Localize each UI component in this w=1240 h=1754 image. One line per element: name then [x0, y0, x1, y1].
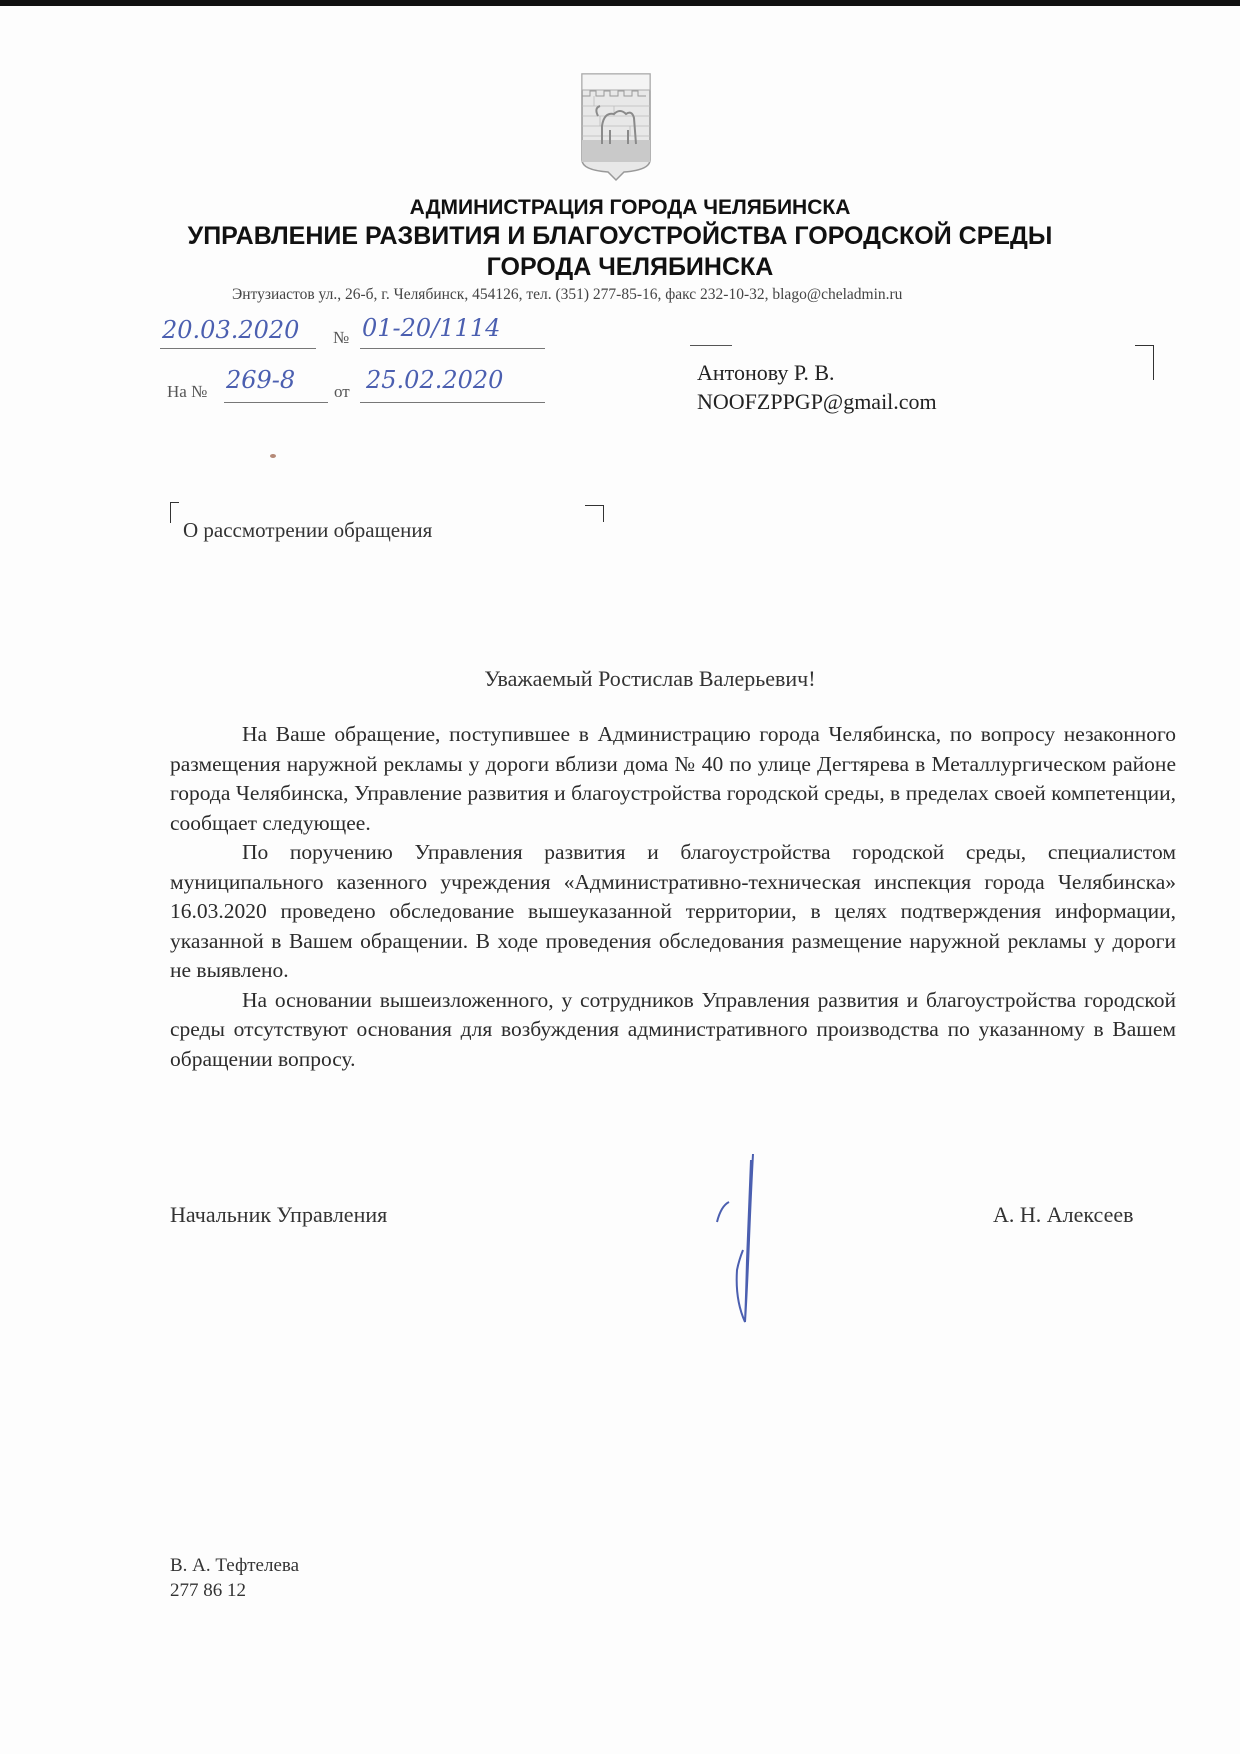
outgoing-number: 01-20/1114: [362, 314, 500, 342]
reply-date-underline: [360, 402, 545, 403]
date-underline: [160, 348, 316, 349]
org-address: Энтузиастов ул., 26-б, г. Челябинск, 454…: [232, 286, 902, 304]
signatory-name: А. Н. Алексеев: [993, 1202, 1134, 1228]
body-paragraph: По поручению Управления развития и благо…: [170, 838, 1176, 986]
body-paragraph: На основании вышеизложенного, у сотрудни…: [170, 986, 1176, 1075]
letter-body: На Ваше обращение, поступившее в Админис…: [170, 720, 1176, 1074]
org-city: ГОРОДА ЧЕЛЯБИНСКА: [0, 253, 1240, 282]
reply-number: 269-8: [226, 366, 295, 394]
coat-of-arms-icon: [580, 72, 652, 182]
letter-subject: О рассмотрении обращения: [183, 518, 432, 543]
org-name: УПРАВЛЕНИЕ РАЗВИТИЯ И БЛАГОУСТРОЙСТВА ГО…: [0, 222, 1240, 251]
reply-date: 25.02.2020: [366, 366, 503, 394]
subject-corner-mark-right: [585, 505, 604, 522]
scan-top-border: [0, 0, 1240, 6]
reply-number-underline: [224, 402, 328, 403]
executor-phone: 277 86 12: [170, 1578, 299, 1603]
subject-corner-mark-left: [170, 502, 179, 523]
signatory-title: Начальник Управления: [170, 1202, 387, 1228]
scan-speck: [270, 454, 276, 458]
from-label: от: [334, 382, 350, 402]
handwritten-signature: [705, 1150, 775, 1330]
reply-number-label: На №: [167, 382, 207, 402]
body-paragraph: На Ваше обращение, поступившее в Админис…: [170, 720, 1176, 838]
recipient-corner-mark: [690, 345, 732, 346]
number-underline: [360, 348, 545, 349]
outgoing-date: 20.03.2020: [162, 316, 299, 344]
org-parent-name: АДМИНИСТРАЦИЯ ГОРОДА ЧЕЛЯБИНСКА: [0, 196, 1240, 220]
greeting: Уважаемый Ростислав Валерьевич!: [0, 666, 1240, 692]
number-label: №: [333, 328, 349, 348]
executor-info: В. А. Тефтелева 277 86 12: [170, 1553, 299, 1603]
executor-name: В. А. Тефтелева: [170, 1553, 299, 1578]
recipient-name: Антонову Р. В.: [697, 360, 835, 386]
recipient-corner-mark-right: [1135, 345, 1154, 380]
recipient-email: NOOFZPPGP@gmail.com: [697, 389, 937, 415]
